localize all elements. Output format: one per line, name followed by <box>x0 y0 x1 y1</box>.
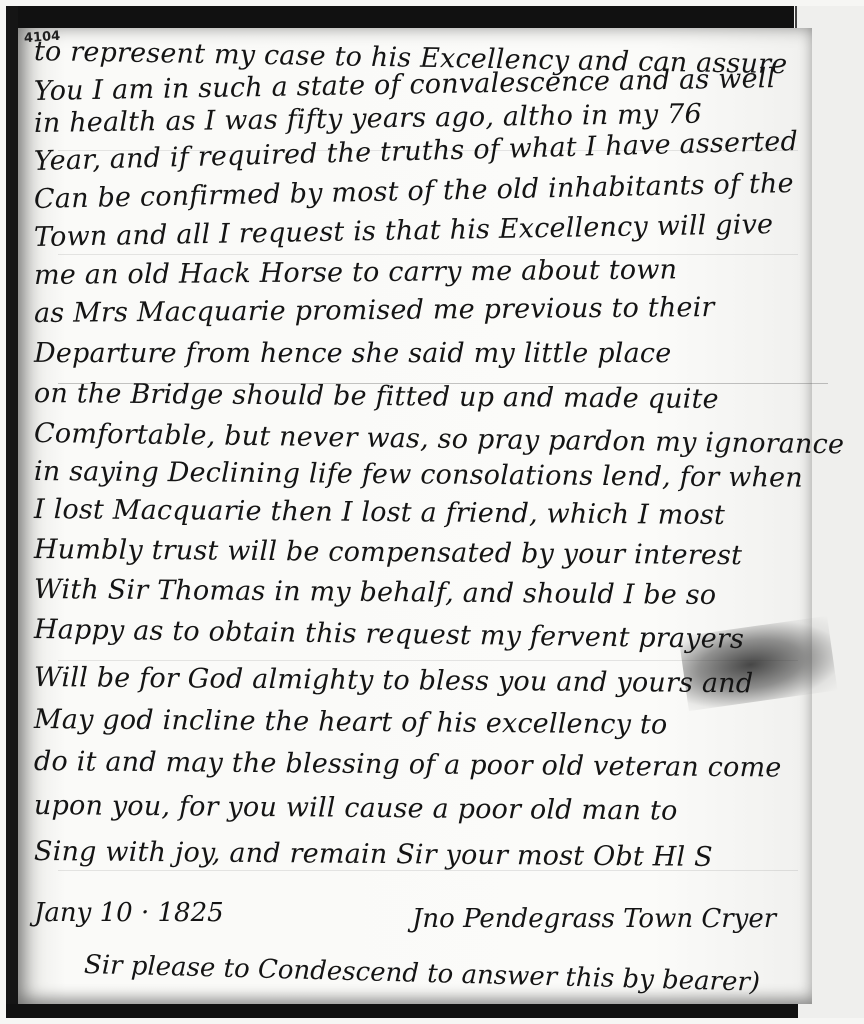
letter-signature: Jno Pendegrass Town Cryer <box>412 904 776 934</box>
letter-date: Jany 10 · 1825 <box>34 898 224 928</box>
letter-line-9: Departure from hence she said my little … <box>34 338 814 369</box>
scan-border-top <box>6 6 794 28</box>
scan-border-left <box>6 6 18 1018</box>
scan-border-bottom <box>6 1004 798 1018</box>
scanned-document: 4104 to represent my case to his Excelle… <box>0 0 864 1024</box>
